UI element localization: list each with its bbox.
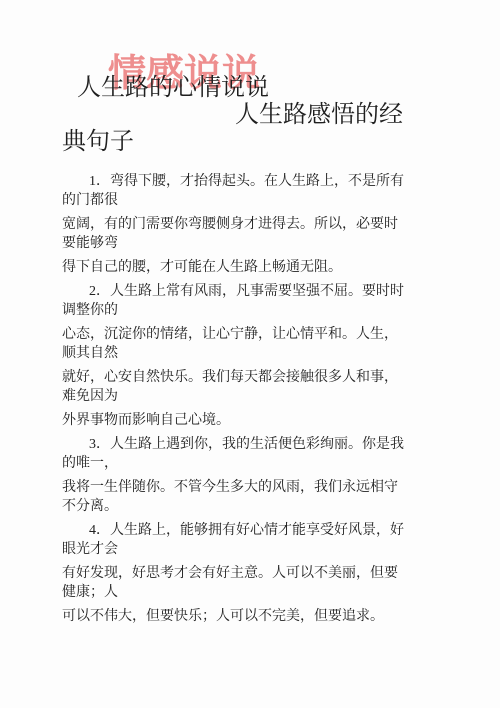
paragraph-8: 3．人生路上遇到你，我的生活便色彩绚丽。你是我 的唯一，	[62, 435, 442, 473]
text-line: 难免因为	[62, 387, 442, 406]
text-line: 3．人生路上遇到你，我的生活便色彩绚丽。你是我	[62, 435, 442, 454]
text-line: 就好，心安自然快乐。我们每天都会接触很多人和事，	[62, 368, 442, 387]
paragraph-3: 得下自己的腰，才可能在人生路上畅通无阻。	[62, 258, 442, 277]
text-line: 顺其自然	[62, 344, 442, 363]
document-page: 情感说说 人生路的心情说说 人生路感悟的经 典句子 1．弯得下腰，才抬得起头。在…	[0, 0, 500, 708]
text-line: 眼光才会	[62, 540, 442, 559]
paragraph-5: 心态，沉淀你的情绪，让心宁静，让心情平和。人生， 顺其自然	[62, 325, 442, 363]
text-line: 有好发现，好思考才会有好主意。人可以不美丽，但要	[62, 564, 442, 583]
text-line: 要能够弯	[62, 234, 442, 253]
text-line: 外界事物而影响自己心境。	[62, 411, 442, 430]
text-line: 不分离。	[62, 497, 442, 516]
text-line: 的门都很	[62, 191, 442, 210]
paragraph-12: 可以不伟大，但要快乐；人可以不完美，但要追求。	[62, 607, 442, 626]
text-line: 可以不伟大，但要快乐；人可以不完美，但要追求。	[62, 607, 442, 626]
text-line: 的唯一，	[62, 454, 442, 473]
paragraph-9: 我将一生伴随你。不管今生多大的风雨，我们永远相守 不分离。	[62, 478, 442, 516]
page-title-line-1: 人生路的心情说说	[62, 75, 462, 102]
text-line: 得下自己的腰，才可能在人生路上畅通无阻。	[62, 258, 442, 277]
paragraph-2: 宽阔，有的门需要你弯腰侧身才进得去。所以，必要时 要能够弯	[62, 215, 442, 253]
document-body: 1．弯得下腰，才抬得起头。在人生路上，不是所有 的门都很 宽阔，有的门需要你弯腰…	[62, 172, 442, 631]
paragraph-1: 1．弯得下腰，才抬得起头。在人生路上，不是所有 的门都很	[62, 172, 442, 210]
page-title-line-2: 人生路感悟的经	[62, 102, 462, 129]
text-line: 我将一生伴随你。不管今生多大的风雨，我们永远相守	[62, 478, 442, 497]
paragraph-6: 就好，心安自然快乐。我们每天都会接触很多人和事， 难免因为	[62, 368, 442, 406]
paragraph-7: 外界事物而影响自己心境。	[62, 411, 442, 430]
paragraph-4: 2．人生路上常有风雨，凡事需要坚强不屈。要时时 调整你的	[62, 282, 442, 320]
text-line: 4．人生路上，能够拥有好心情才能享受好风景，好	[62, 521, 442, 540]
page-title: 人生路的心情说说 人生路感悟的经 典句子	[62, 75, 462, 156]
text-line: 宽阔，有的门需要你弯腰侧身才进得去。所以，必要时	[62, 215, 442, 234]
text-line: 心态，沉淀你的情绪，让心宁静，让心情平和。人生，	[62, 325, 442, 344]
paragraph-10: 4．人生路上，能够拥有好心情才能享受好风景，好 眼光才会	[62, 521, 442, 559]
text-line: 1．弯得下腰，才抬得起头。在人生路上，不是所有	[62, 172, 442, 191]
page-title-line-3: 典句子	[62, 129, 462, 156]
text-line: 调整你的	[62, 301, 442, 320]
text-line: 2．人生路上常有风雨，凡事需要坚强不屈。要时时	[62, 282, 442, 301]
paragraph-11: 有好发现，好思考才会有好主意。人可以不美丽，但要 健康；人	[62, 564, 442, 602]
text-line: 健康；人	[62, 583, 442, 602]
